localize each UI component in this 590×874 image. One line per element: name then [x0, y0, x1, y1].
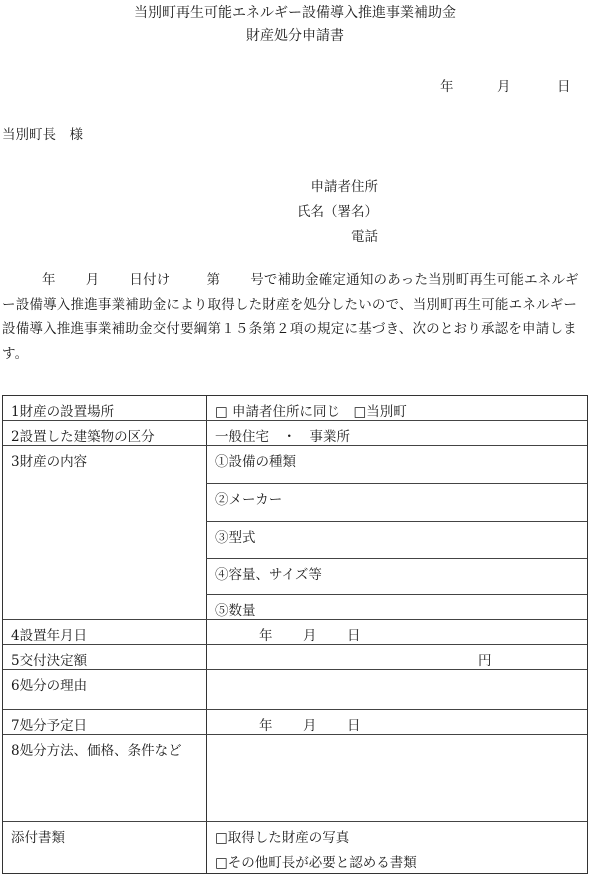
equipment-type-field[interactable]: ①設備の種類 — [215, 450, 296, 470]
subrow-divider — [206, 521, 587, 522]
row-divider — [3, 420, 587, 421]
body-month: 月 — [86, 272, 100, 288]
body-number-prefix: 第 — [207, 272, 221, 288]
row-label-installation-date: 4設置年月日 — [11, 624, 87, 644]
row-label-property-contents: 3財産の内容 — [11, 450, 87, 470]
form-title-line2: 財産処分申請書 — [0, 25, 590, 45]
date-month-label: 月 — [497, 75, 511, 95]
row-label-building-type: 2設置した建築物の区分 — [11, 425, 155, 445]
installation-date-month: 月 — [303, 624, 317, 644]
yen-unit: 円 — [478, 649, 492, 669]
subrow-divider — [206, 558, 587, 559]
disposal-reason-field[interactable] — [208, 669, 587, 709]
applicant-phone-label: 電話 — [351, 225, 378, 245]
date-year-label: 年 — [440, 75, 454, 95]
addressee: 当別町長 様 — [2, 123, 83, 143]
body-year: 年 — [42, 272, 56, 288]
quantity-field[interactable]: ⑤数量 — [215, 599, 256, 619]
disposal-date-year: 年 — [259, 714, 273, 734]
row-label-disposal-date: 7処分予定日 — [11, 714, 87, 734]
building-type-options[interactable]: 一般住宅 ・ 事業所 — [215, 425, 350, 445]
manufacturer-field[interactable]: ②メーカー — [215, 488, 282, 508]
row-label-disposal-reason: 6処分の理由 — [11, 674, 87, 694]
date-day-label: 日 — [557, 75, 571, 95]
column-divider — [206, 396, 207, 873]
attachment-photo-checkbox[interactable]: □取得した財産の写真 — [215, 826, 349, 846]
capacity-size-field[interactable]: ④容量、サイズ等 — [215, 563, 322, 583]
subrow-divider — [206, 483, 587, 484]
row-label-installation-location: 1財産の設置場所 — [11, 400, 114, 420]
disposal-method-field[interactable] — [208, 734, 587, 821]
application-table: 1財産の設置場所 □ 申請者住所に同じ □当別町 2設置した建築物の区分 一般住… — [2, 395, 588, 874]
model-field[interactable]: ③型式 — [215, 526, 256, 546]
row-divider — [3, 709, 587, 710]
installation-date-year: 年 — [259, 624, 273, 644]
row-label-disposal-method: 8処分方法、価格、条件など — [11, 739, 182, 759]
disposal-date-month: 月 — [303, 714, 317, 734]
applicant-name-label: 氏名（署名） — [297, 200, 378, 220]
grant-amount-field[interactable] — [208, 644, 587, 669]
row-divider — [3, 445, 587, 446]
form-title-line1: 当別町再生可能エネルギー設備導入推進事業補助金 — [0, 2, 590, 22]
application-body: 年月日付け第号で補助金確定通知のあった当別町再生可能エネルギー設備導入推進事業補… — [2, 268, 588, 366]
installation-location-options[interactable]: □ 申請者住所に同じ □当別町 — [215, 400, 407, 420]
disposal-date-day: 日 — [347, 714, 361, 734]
row-label-grant-amount: 5交付決定額 — [11, 649, 87, 669]
applicant-address-label: 申請者住所 — [311, 175, 379, 195]
attachment-other-docs-checkbox[interactable]: □その他町長が必要と認める書類 — [215, 851, 417, 871]
row-label-attachments: 添付書類 — [11, 826, 65, 846]
installation-date-day: 日 — [347, 624, 361, 644]
row-divider — [3, 619, 587, 620]
row-divider — [3, 821, 587, 822]
body-day: 日付け — [129, 272, 170, 288]
subrow-divider — [206, 594, 587, 595]
